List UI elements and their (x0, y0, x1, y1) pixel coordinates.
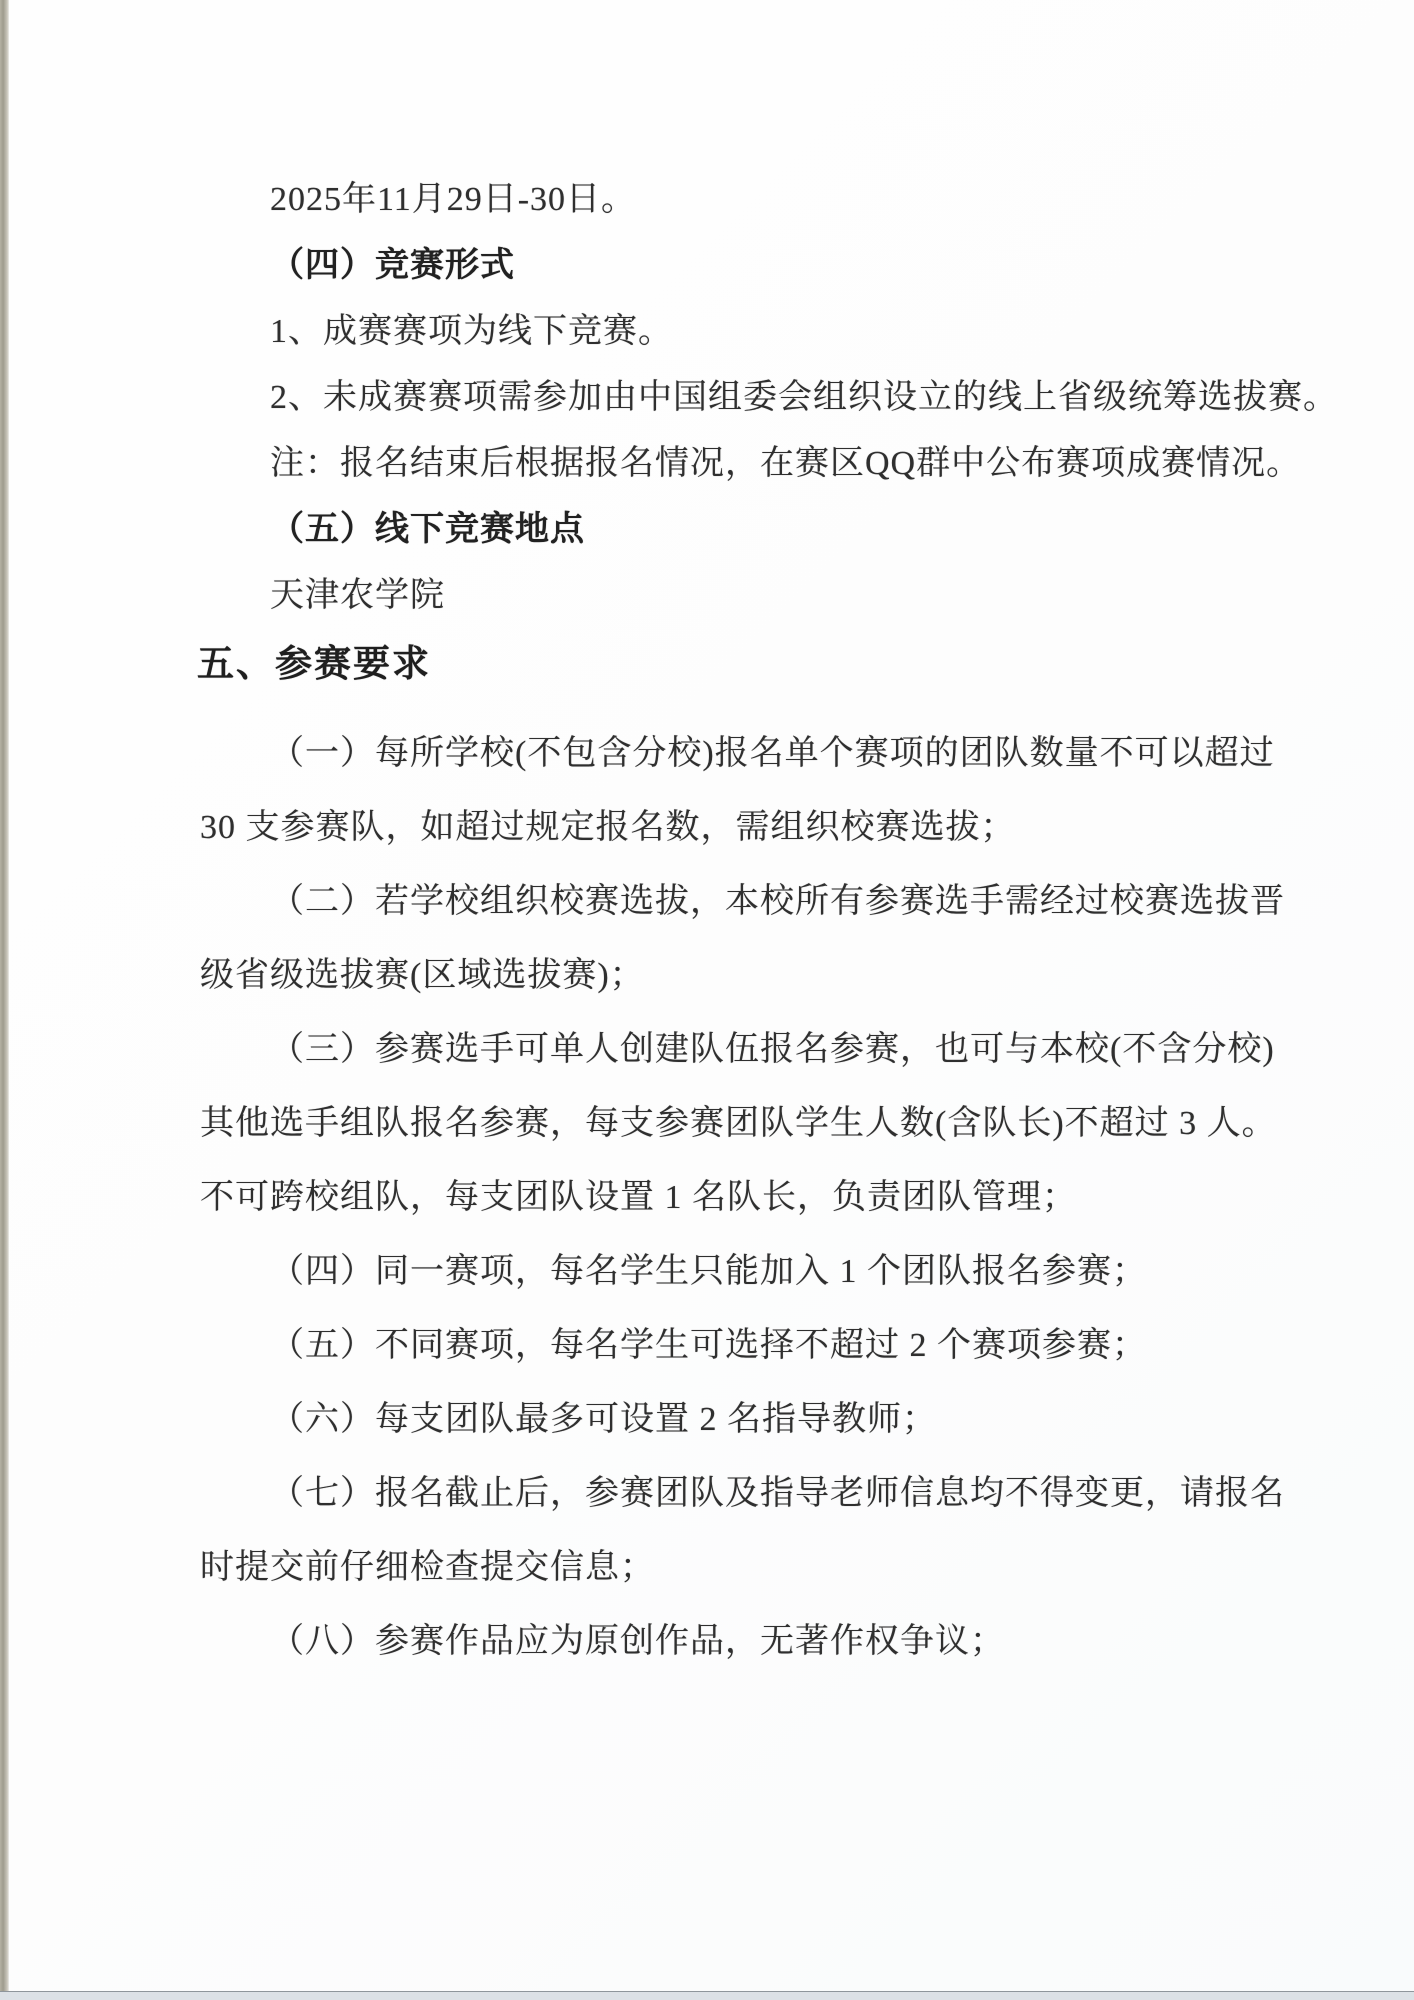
page-bottom-edge-band (0, 1992, 1414, 2000)
paragraph-line: 1、成赛赛项为线下竞赛。 (200, 315, 1275, 349)
paragraph-line: 30 支参赛队，如超过规定报名数，需组织校赛选拔； (200, 811, 1275, 845)
paragraph-line: （六）每支团队最多可设置 2 名指导教师； (200, 1403, 1275, 1437)
paragraph-line: 时提交前仔细检查提交信息； (200, 1551, 1275, 1585)
document-content: 2025年11月29日-30日。（四）竞赛形式1、成赛赛项为线下竞赛。2、未成赛… (200, 183, 1275, 1699)
paragraph-line: 其他选手组队报名参赛，每支参赛团队学生人数(含队长)不超过 3 人。 (200, 1107, 1275, 1141)
paragraph-line: 2、未成赛赛项需参加由中国组委会组织设立的线上省级统筹选拔赛。 (200, 381, 1275, 415)
paragraph-line: （二）若学校组织校赛选拔，本校所有参赛选手需经过校赛选拔晋 (200, 885, 1275, 919)
paragraph-line: 不可跨校组队，每支团队设置 1 名队长，负责团队管理； (200, 1181, 1275, 1215)
section-heading: 五、参赛要求 (197, 645, 1275, 682)
paragraph-line: （一）每所学校(不包含分校)报名单个赛项的团队数量不可以超过 (200, 737, 1275, 771)
paragraph-line: （四）同一赛项，每名学生只能加入 1 个团队报名参赛； (200, 1255, 1275, 1289)
paragraph-line: （八）参赛作品应为原创作品，无著作权争议； (200, 1625, 1275, 1659)
paragraph-line: 级省级选拔赛(区域选拔赛)； (200, 959, 1275, 993)
scanner-edge-shadow (0, 0, 9, 2000)
subsection-heading: （四）竞赛形式 (200, 249, 1275, 283)
document-page: 2025年11月29日-30日。（四）竞赛形式1、成赛赛项为线下竞赛。2、未成赛… (0, 0, 1414, 2000)
paragraph-line: （三）参赛选手可单人创建队伍报名参赛，也可与本校(不含分校) (200, 1033, 1275, 1067)
subsection-heading: （五）线下竞赛地点 (200, 513, 1275, 547)
paragraph-line: 2025年11月29日-30日。 (200, 183, 1275, 217)
paragraph-line: 天津农学院 (200, 579, 1275, 613)
paragraph-line: （七）报名截止后，参赛团队及指导老师信息均不得变更，请报名 (200, 1477, 1275, 1511)
paragraph-line: 注：报名结束后根据报名情况，在赛区QQ群中公布赛项成赛情况。 (200, 447, 1275, 481)
paragraph-line: （五）不同赛项，每名学生可选择不超过 2 个赛项参赛； (200, 1329, 1275, 1363)
